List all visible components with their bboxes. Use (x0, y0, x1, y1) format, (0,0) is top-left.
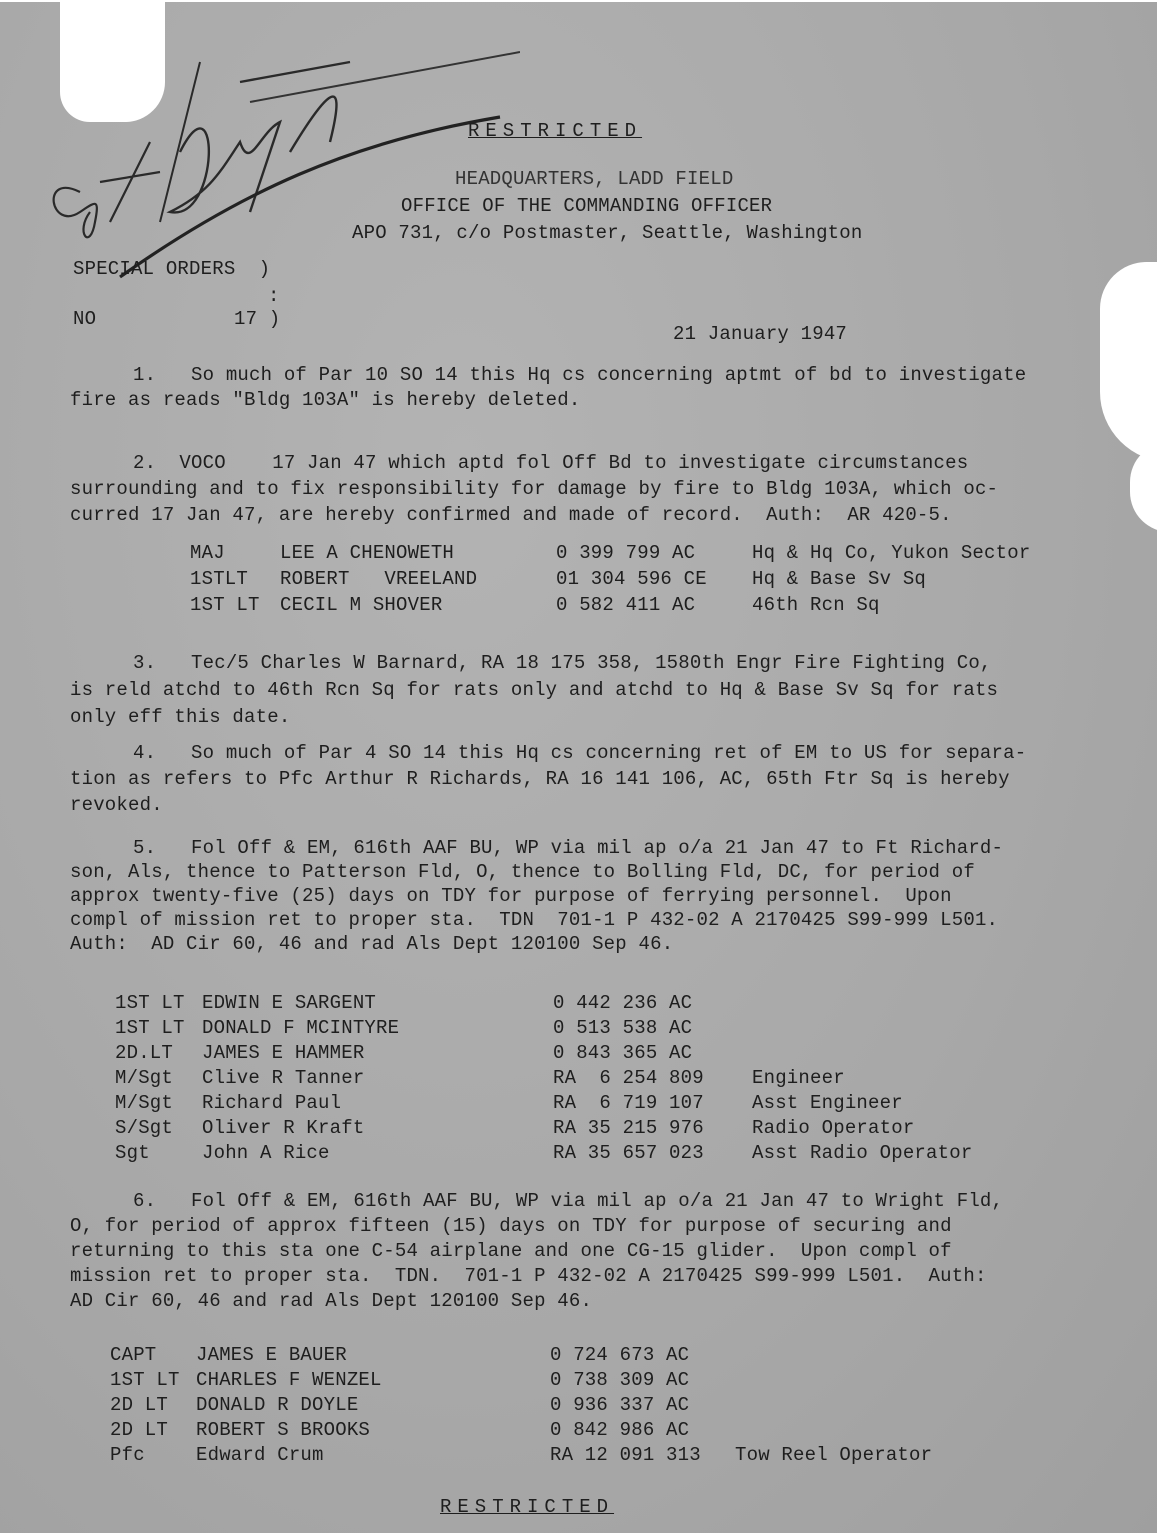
paragraph-6-line: 6. Fol Off & EM, 616th AAF BU, WP via mi… (133, 1190, 1003, 1212)
torn-edge (1100, 262, 1157, 462)
paragraph-2-line: surrounding and to fix responsibility fo… (70, 478, 998, 500)
roster-6-name: JAMES E BAUER (196, 1344, 347, 1366)
roster-5-serial: 0 513 538 AC (553, 1017, 692, 1039)
document-page: RESTRICTED HEADQUARTERS, LADD FIELD OFFI… (0, 2, 1157, 1533)
roster-5-name: DONALD F MCINTYRE (202, 1017, 399, 1039)
roster-6-serial: 0 738 309 AC (550, 1369, 689, 1391)
roster-5-serial: 0 843 365 AC (553, 1042, 692, 1064)
paragraph-3-line: is reld atchd to 46th Rcn Sq for rats on… (70, 679, 998, 701)
roster-5-name: JAMES E HAMMER (202, 1042, 364, 1064)
roster-2-assignment: Hq & Hq Co, Yukon Sector (752, 542, 1030, 564)
roster-5-name: EDWIN E SARGENT (202, 992, 376, 1014)
roster-6-rank: Pfc (110, 1444, 145, 1466)
roster-5-rank: Sgt (115, 1142, 150, 1164)
roster-5-serial: 0 442 236 AC (553, 992, 692, 1014)
roster-6-rank: 1ST LT (110, 1369, 180, 1391)
roster-2-serial: 0 399 799 AC (556, 542, 695, 564)
order-no-label: NO (73, 308, 96, 330)
roster-6-assignment: Tow Reel Operator (735, 1444, 932, 1466)
paragraph-4-line: 4. So much of Par 4 SO 14 this Hq cs con… (133, 742, 1026, 764)
roster-5-name: Oliver R Kraft (202, 1117, 364, 1139)
paragraph-4-line: revoked. (70, 794, 163, 816)
header-line-3: APO 731, c/o Postmaster, Seattle, Washin… (352, 222, 862, 244)
order-number: 17 ) (234, 308, 280, 330)
paragraph-2-line: 2. VOCO 17 Jan 47 which aptd fol Off Bd … (133, 452, 968, 474)
roster-5-assignment: Engineer (752, 1067, 845, 1089)
paragraph-5-line: Auth: AD Cir 60, 46 and rad Als Dept 120… (70, 933, 673, 955)
classification-top: RESTRICTED (468, 120, 642, 142)
roster-5-serial: RA 6 254 809 (553, 1067, 704, 1089)
torn-edge (1130, 442, 1157, 532)
roster-6-rank: CAPT (110, 1344, 156, 1366)
paragraph-6-line: mission ret to proper sta. TDN. 701-1 P … (70, 1265, 987, 1287)
roster-2-name: LEE A CHENOWETH (280, 542, 454, 564)
roster-6-name: DONALD R DOYLE (196, 1394, 358, 1416)
roster-6-name: Edward Crum (196, 1444, 324, 1466)
paragraph-5-line: 5. Fol Off & EM, 616th AAF BU, WP via mi… (133, 837, 1003, 859)
roster-5-assignment: Radio Operator (752, 1117, 914, 1139)
roster-5-rank: M/Sgt (115, 1067, 173, 1089)
roster-5-serial: RA 6 719 107 (553, 1092, 704, 1114)
roster-5-rank: 1ST LT (115, 992, 185, 1014)
roster-5-name: Clive R Tanner (202, 1067, 364, 1089)
order-colon: : (268, 285, 280, 307)
roster-5-serial: RA 35 657 023 (553, 1142, 704, 1164)
roster-5-rank: 1ST LT (115, 1017, 185, 1039)
roster-2-name: ROBERT VREELAND (280, 568, 477, 590)
roster-2-assignment: 46th Rcn Sq (752, 594, 880, 616)
roster-2-rank: 1STLT (190, 568, 248, 590)
classification-bottom: RESTRICTED (440, 1496, 614, 1518)
roster-5-assignment: Asst Radio Operator (752, 1142, 972, 1164)
roster-5-name: John A Rice (202, 1142, 330, 1164)
paragraph-3-line: only eff this date. (70, 706, 290, 728)
roster-5-serial: RA 35 215 976 (553, 1117, 704, 1139)
paragraph-6-line: O, for period of approx fifteen (15) day… (70, 1215, 952, 1237)
roster-6-rank: 2D LT (110, 1394, 168, 1416)
roster-5-rank: M/Sgt (115, 1092, 173, 1114)
roster-2-rank: 1ST LT (190, 594, 260, 616)
roster-6-serial: RA 12 091 313 (550, 1444, 701, 1466)
paragraph-1-line: 1. So much of Par 10 SO 14 this Hq cs co… (133, 364, 1026, 386)
paragraph-5-line: compl of mission ret to proper sta. TDN … (70, 909, 998, 931)
roster-6-serial: 0 842 986 AC (550, 1419, 689, 1441)
roster-6-name: ROBERT S BROOKS (196, 1419, 370, 1441)
roster-6-rank: 2D LT (110, 1419, 168, 1441)
header-line-2: OFFICE OF THE COMMANDING OFFICER (401, 195, 772, 217)
paragraph-6-line: returning to this sta one C-54 airplane … (70, 1240, 952, 1262)
header-line-1: HEADQUARTERS, LADD FIELD (455, 168, 733, 190)
paragraph-2-line: curred 17 Jan 47, are hereby confirmed a… (70, 504, 952, 526)
special-orders-label: SPECIAL ORDERS ) (73, 258, 270, 280)
paragraph-5-line: son, Als, thence to Patterson Fld, O, th… (70, 861, 975, 883)
roster-2-name: CECIL M SHOVER (280, 594, 442, 616)
roster-6-serial: 0 724 673 AC (550, 1344, 689, 1366)
roster-2-serial: 01 304 596 CE (556, 568, 707, 590)
roster-5-assignment: Asst Engineer (752, 1092, 903, 1114)
roster-6-name: CHARLES F WENZEL (196, 1369, 382, 1391)
paragraph-3-line: 3. Tec/5 Charles W Barnard, RA 18 175 35… (133, 652, 992, 674)
paragraph-5-line: approx twenty-five (25) days on TDY for … (70, 885, 952, 907)
roster-2-serial: 0 582 411 AC (556, 594, 695, 616)
roster-2-rank: MAJ (190, 542, 225, 564)
order-date: 21 January 1947 (673, 323, 847, 345)
paragraph-1-line: fire as reads "Bldg 103A" is hereby dele… (70, 389, 580, 411)
roster-5-name: Richard Paul (202, 1092, 341, 1114)
roster-5-rank: S/Sgt (115, 1117, 173, 1139)
roster-5-rank: 2D.LT (115, 1042, 173, 1064)
paragraph-4-line: tion as refers to Pfc Arthur R Richards,… (70, 768, 1010, 790)
roster-6-serial: 0 936 337 AC (550, 1394, 689, 1416)
roster-2-assignment: Hq & Base Sv Sq (752, 568, 926, 590)
paragraph-6-line: AD Cir 60, 46 and rad Als Dept 120100 Se… (70, 1290, 592, 1312)
